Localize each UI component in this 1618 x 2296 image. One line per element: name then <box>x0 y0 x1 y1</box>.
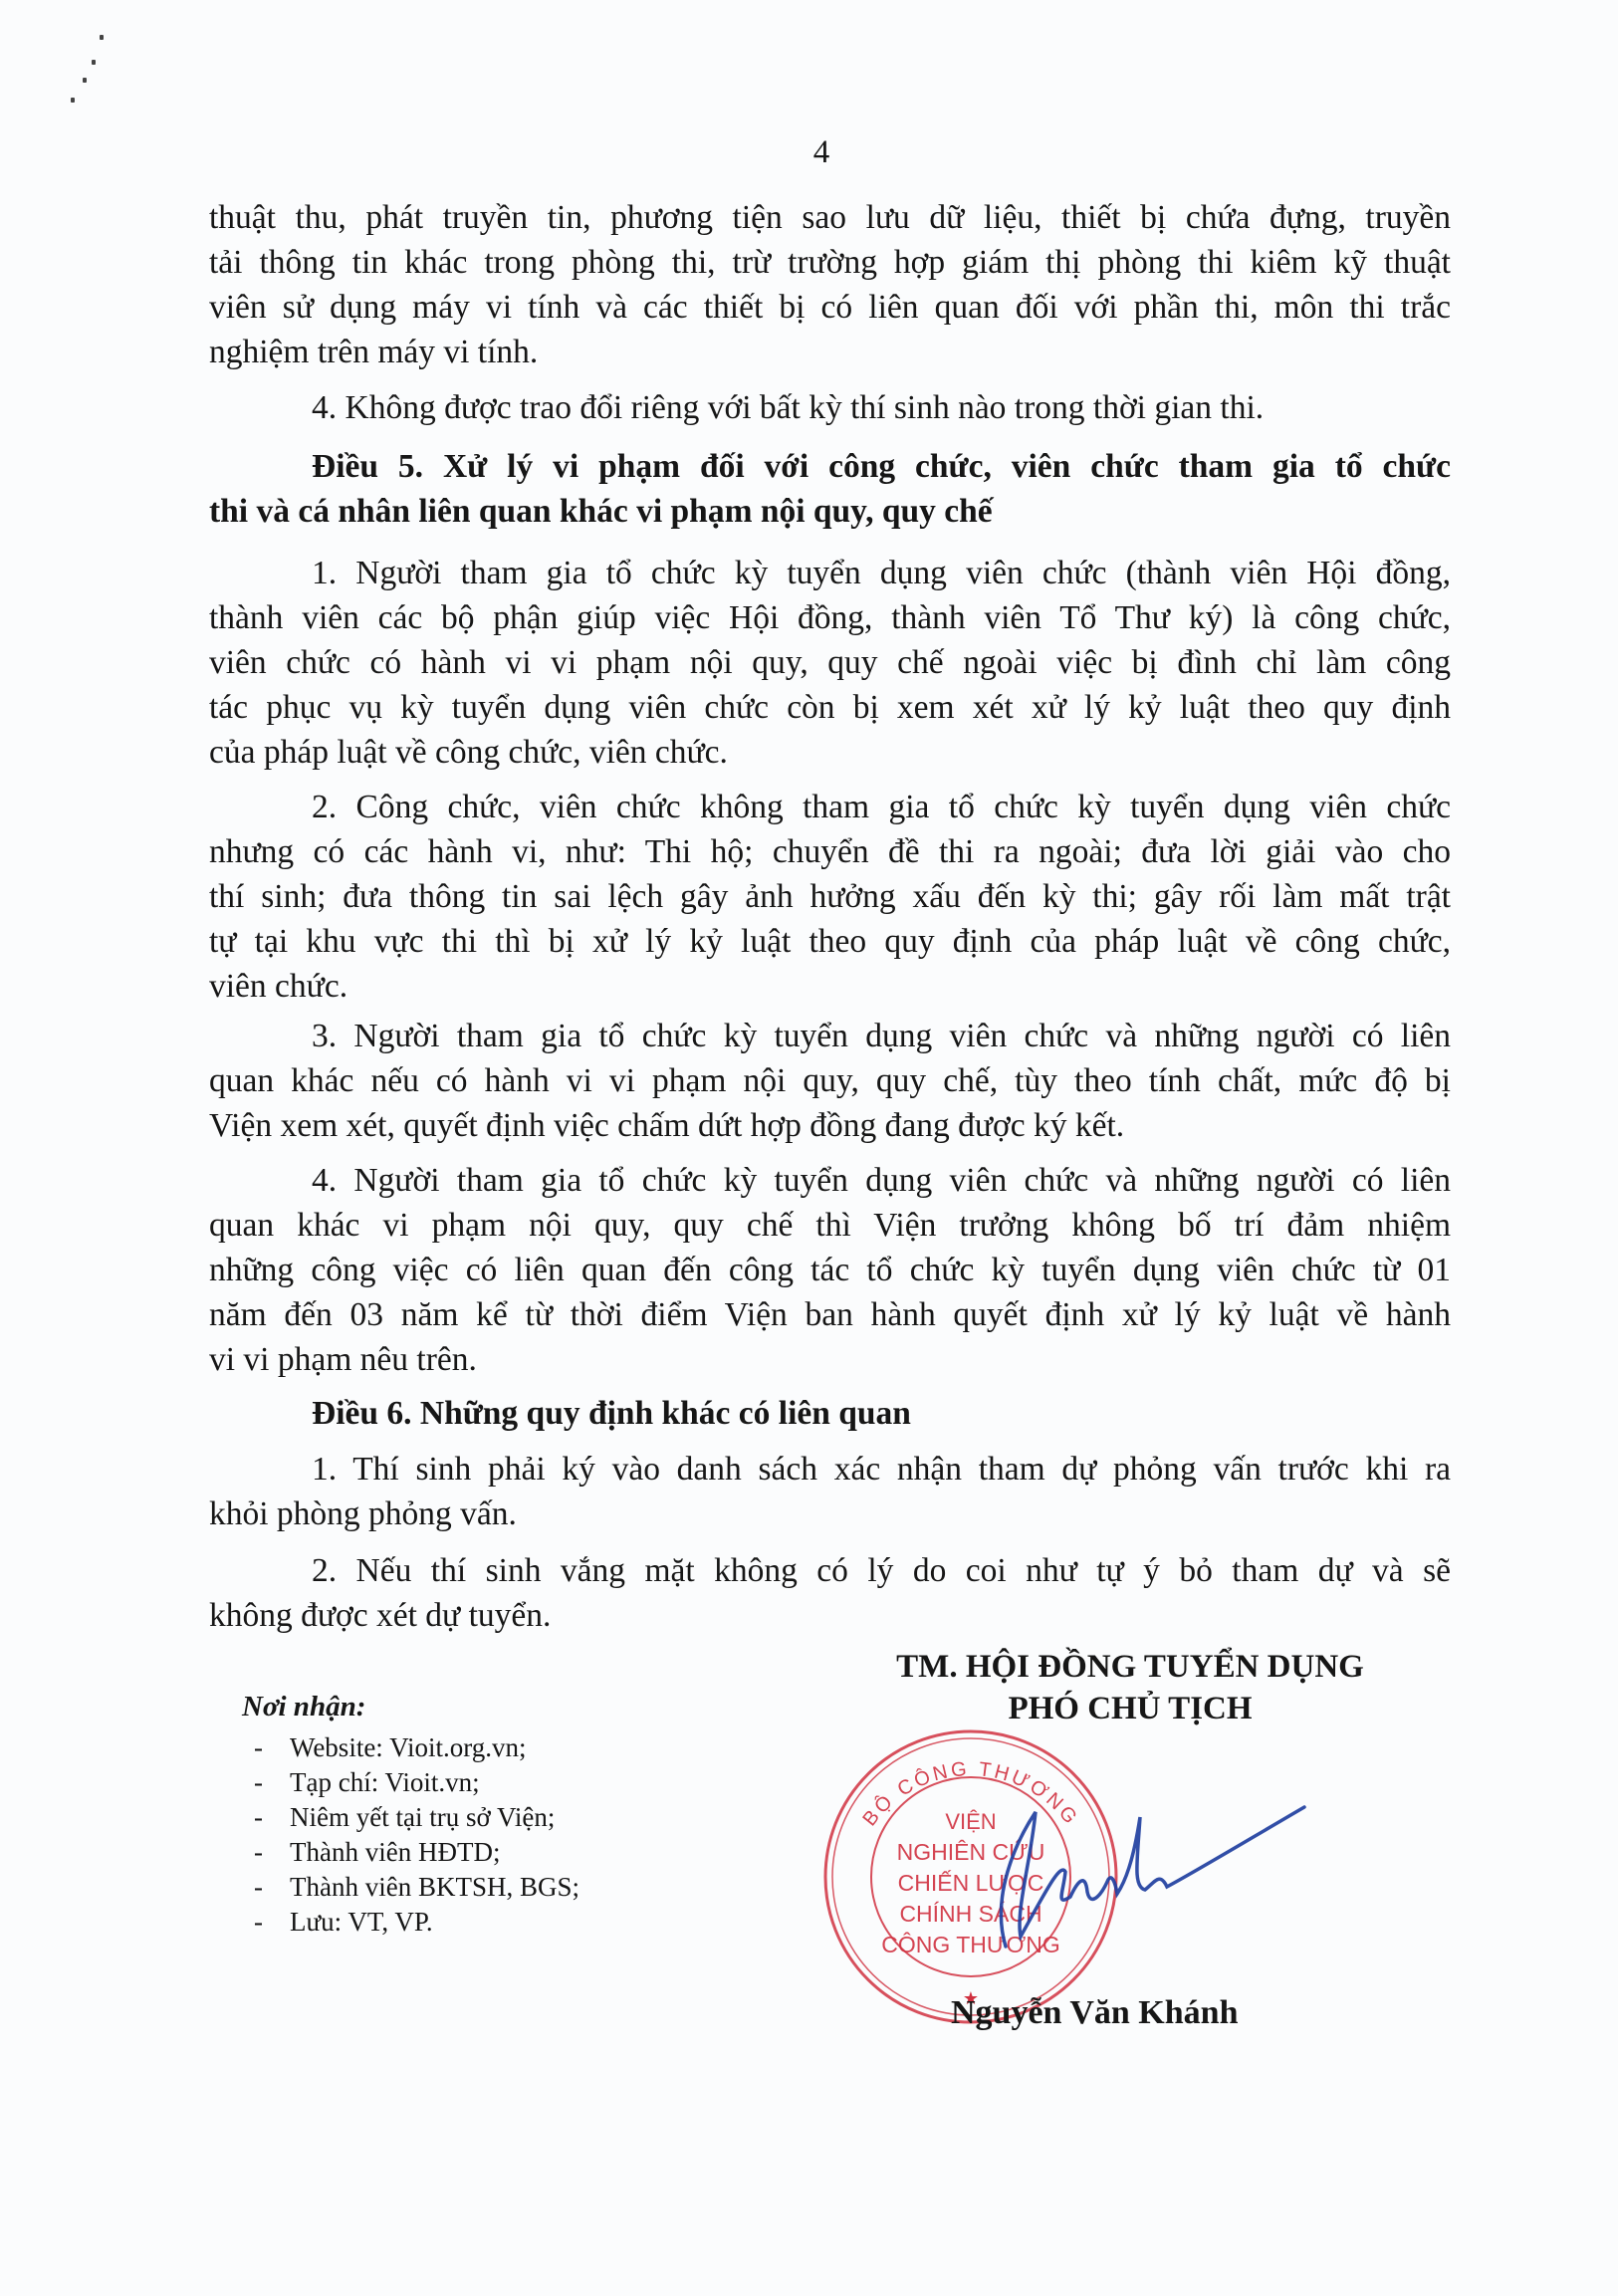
article-6-item-2: không được xét dự tuyển. <box>209 1593 1451 1639</box>
article-5-item-2: thí sinh; đưa thông tin sai lệch gây ảnh… <box>209 874 1451 920</box>
article-5-title: Điều 5. Xử lý vi phạm đối với công chức,… <box>312 444 1451 490</box>
article-6-item-1: 1. Thí sinh phải ký vào danh sách xác nh… <box>312 1447 1451 1492</box>
article-5-item-1: thành viên các bộ phận giúp việc Hội đồn… <box>209 595 1451 641</box>
svg-text:CÔNG THƯƠNG: CÔNG THƯƠNG <box>881 1931 1060 1957</box>
article-5-item-2: viên chức. <box>209 964 1451 1010</box>
article-5-item-2: 2. Công chức, viên chức không tham gia t… <box>312 785 1451 830</box>
recipient-item: Thành viên HĐTD; <box>254 1835 579 1870</box>
article-5-item-4: năm đến 03 năm kể từ thời điểm Viện ban … <box>209 1292 1451 1338</box>
article-5-item-1: tác phục vụ kỳ tuyển dụng viên chức còn … <box>209 685 1451 731</box>
recipient-item: Lưu: VT, VP. <box>254 1905 579 1940</box>
stamp: BỘ CÔNG THƯƠNG★VIỆNNGHIÊN CỨUCHIẾN LƯỢCC… <box>816 1722 1434 2031</box>
article-5-item-2: nhưng có các hành vi, như: Thi hộ; chuyể… <box>209 829 1451 875</box>
recipient-item: Thành viên BKTSH, BGS; <box>254 1870 579 1905</box>
article-5-item-3: Viện xem xét, quyết định việc chấm dứt h… <box>209 1103 1451 1149</box>
signature-org: TM. HỘI ĐỒNG TUYỂN DỤNG <box>826 1649 1434 1686</box>
article-6-title: Điều 6. Những quy định khác có liên quan <box>312 1391 1451 1437</box>
recipients-list: Website: Vioit.org.vn;Tạp chí: Vioit.vn;… <box>254 1730 579 1940</box>
paragraph-continuation: nghiệm trên máy vi tính. <box>209 330 1451 375</box>
signer-name: Nguyễn Văn Khánh <box>951 1994 1239 2032</box>
article-5-item-1: 1. Người tham gia tổ chức kỳ tuyển dụng … <box>312 551 1451 596</box>
article-6-item-2: 2. Nếu thí sinh vắng mặt không có lý do … <box>312 1548 1451 1594</box>
recipient-item: Website: Vioit.org.vn; <box>254 1730 579 1765</box>
article-5-item-4: quan khác vi phạm nội quy, quy chế thì V… <box>209 1203 1451 1249</box>
paragraph-continuation: viên sử dụng máy vi tính và các thiết bị… <box>209 285 1451 331</box>
article-5-item-4: 4. Người tham gia tổ chức kỳ tuyển dụng … <box>312 1158 1451 1204</box>
page-number: 4 <box>0 134 1618 171</box>
article-5-item-3: quan khác nếu có hành vi vi phạm nội quy… <box>209 1058 1451 1104</box>
article-6-item-1: khỏi phòng phỏng vấn. <box>209 1492 1451 1537</box>
article-5-item-4: vi vi phạm nêu trên. <box>209 1337 1451 1383</box>
recipients-title: Nơi nhận: <box>242 1691 365 1723</box>
article-5-item-4: những công việc có liên quan đến công tá… <box>209 1248 1451 1293</box>
article-5-item-1: của pháp luật về công chức, viên chức. <box>209 730 1451 776</box>
svg-text:VIỆN: VIỆN <box>945 1809 996 1834</box>
paragraph-item-4-prev: 4. Không được trao đổi riêng với bất kỳ … <box>312 385 1451 431</box>
recipient-item: Niêm yết tại trụ sở Viện; <box>254 1800 579 1835</box>
paragraph-continuation: thuật thu, phát truyền tin, phương tiện … <box>209 195 1451 241</box>
recipient-item: Tạp chí: Vioit.vn; <box>254 1765 579 1800</box>
paragraph-continuation: tải thông tin khác trong phòng thi, trừ … <box>209 240 1451 286</box>
article-5-item-1: viên chức có hành vi vi phạm nội quy, qu… <box>209 640 1451 686</box>
svg-text:NGHIÊN CỨU: NGHIÊN CỨU <box>897 1839 1045 1865</box>
article-5-item-2: tự tại khu vực thi thì bị xử lý kỷ luật … <box>209 919 1451 965</box>
article-5-item-3: 3. Người tham gia tổ chức kỳ tuyển dụng … <box>312 1014 1451 1059</box>
article-5-title: thi và cá nhân liên quan khác vi phạm nộ… <box>209 489 1451 535</box>
